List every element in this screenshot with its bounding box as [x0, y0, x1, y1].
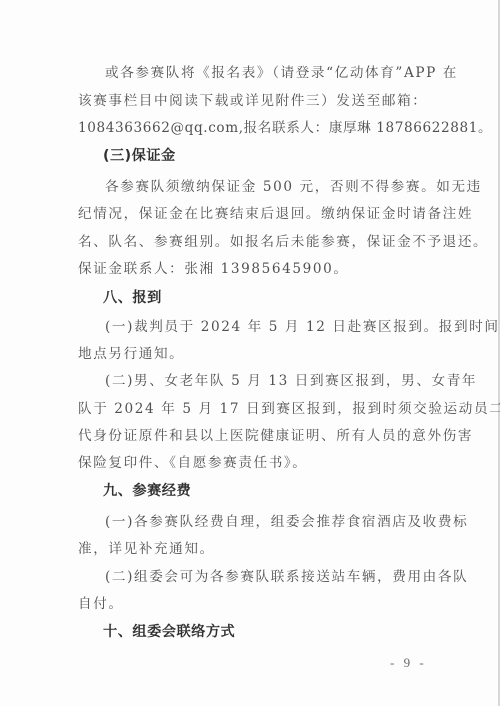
paragraph-line: 代身份证原件和县以上医院健康证明、所有人员的意外伤害 [78, 426, 426, 446]
paragraph-line: 队于 2024 年 5 月 17 日到赛区报到，报到时须交验运动员二 [78, 399, 426, 419]
paragraph-line: 各参赛队须缴纳保证金 500 元，否则不得参赛。如无违 [105, 177, 426, 197]
section-heading-registration: 八、报到 [103, 288, 162, 308]
paragraph-line: (一)裁判员于 2024 年 5 月 12 日赴赛区报到。报到时间、 [105, 317, 426, 337]
section-heading-fees: 九、参赛经费 [103, 481, 191, 501]
paragraph-line: 纪情况，保证金在比赛结束后退回。缴纳保证金时请备注姓 [78, 204, 426, 224]
section-heading-deposit: (三)保证金 [103, 146, 176, 166]
paragraph-line: 名、队名、参赛组别。如报名后未能参赛，保证金不予退还。 [78, 232, 426, 252]
paragraph-line: 该赛事栏目中阅读下载或详见附件三）发送至邮箱： [78, 91, 426, 111]
page-number: - 9 - [390, 655, 427, 671]
paragraph-line: (二)男、女老年队 5 月 13 日到赛区报到，男、女青年 [105, 371, 426, 391]
paragraph-line: 保证金联系人：张湘 13985645900。 [78, 259, 426, 279]
paragraph-line: (一)各参赛队经费自理，组委会推荐食宿酒店及收费标 [105, 512, 426, 532]
paragraph-line: 1084363662@qq.com,报名联系人：康厚琳 18786622881。 [78, 118, 426, 138]
section-heading-contact: 十、组委会联络方式 [103, 622, 235, 642]
paragraph-line: 保险复印件、《自愿参赛责任书》。 [78, 453, 426, 473]
paragraph-line: 或各参赛队将《报名表》（请登录“亿动体育”APP 在 [105, 63, 426, 83]
paragraph-line: 地点另行通知。 [78, 344, 426, 364]
paragraph-line: (二)组委会可为各参赛队联系接送站车辆，费用由各队 [105, 567, 426, 587]
paragraph-line: 自付。 [78, 594, 426, 614]
paragraph-line: 准，详见补充通知。 [78, 539, 426, 559]
